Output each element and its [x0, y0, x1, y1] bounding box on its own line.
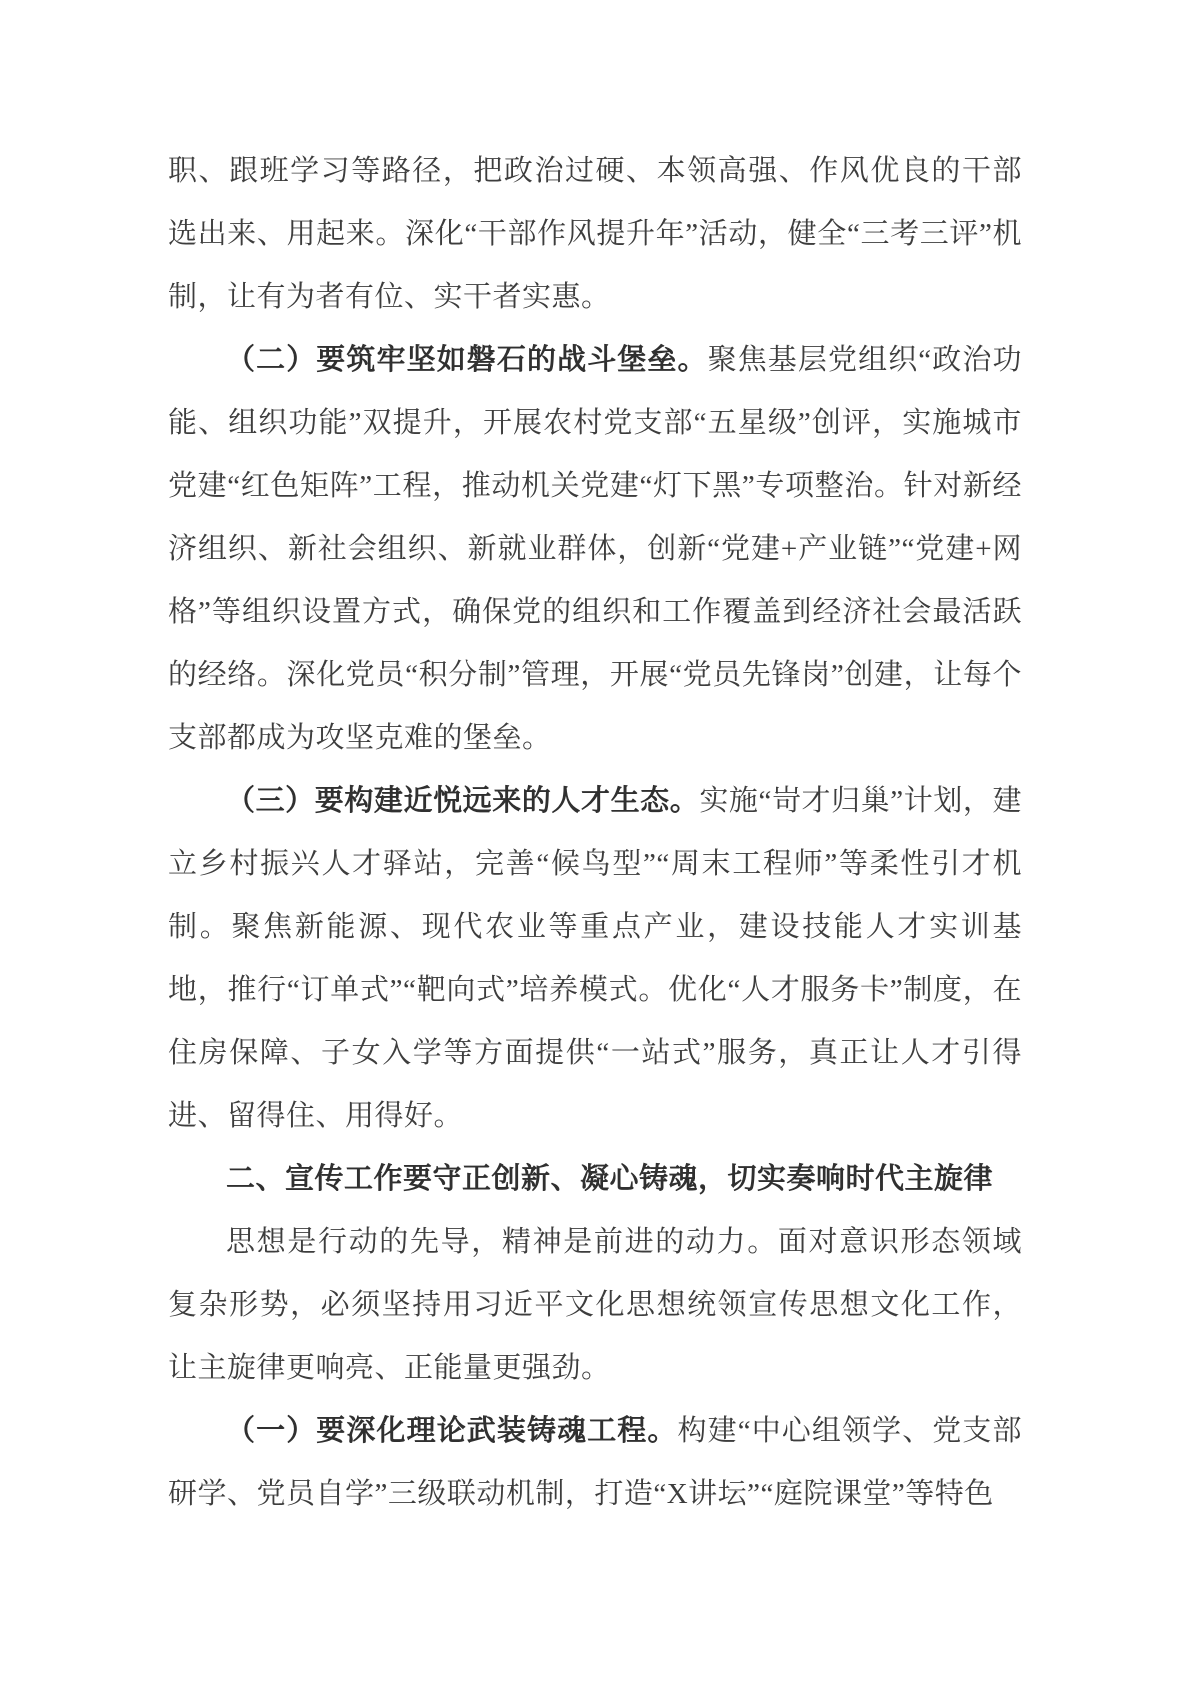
paragraph: （一）要深化理论武装铸魂工程。构建“中心组领学、党支部研学、党员自学”三级联动机…: [168, 1400, 1022, 1526]
document-body: 职、跟班学习等路径，把政治过硬、本领高强、作风优良的干部选出来、用起来。深化“干…: [168, 140, 1022, 1526]
emphasis-text: （三）要构建近悦远来的人才生态。: [226, 785, 699, 817]
body-text: 思想是行动的先导，精神是前进的动力。面对意识形态领域复杂形势，必须坚持用习近平文…: [168, 1226, 1022, 1384]
emphasis-text: 二、宣传工作要守正创新、凝心铸魂，切实奏响时代主旋律: [226, 1163, 993, 1195]
section-heading: 二、宣传工作要守正创新、凝心铸魂，切实奏响时代主旋律: [168, 1148, 1022, 1211]
body-text: 实施“岢才归巢”计划，建立乡村振兴人才驿站，完善“候鸟型”“周末工程师”等柔性引…: [168, 785, 1022, 1132]
body-text: 职、跟班学习等路径，把政治过硬、本领高强、作风优良的干部选出来、用起来。深化“干…: [168, 155, 1022, 313]
emphasis-text: （二）要筑牢坚如磐石的战斗堡垒。: [226, 344, 708, 376]
emphasis-text: （一）要深化理论武装铸魂工程。: [226, 1415, 678, 1447]
paragraph: （二）要筑牢坚如磐石的战斗堡垒。聚焦基层党组织“政治功能、组织功能”双提升，开展…: [168, 329, 1022, 770]
body-text: 聚焦基层党组织“政治功能、组织功能”双提升，开展农村党支部“五星级”创评，实施城…: [168, 344, 1022, 754]
document-page: 职、跟班学习等路径，把政治过硬、本领高强、作风优良的干部选出来、用起来。深化“干…: [0, 0, 1190, 1683]
paragraph: 职、跟班学习等路径，把政治过硬、本领高强、作风优良的干部选出来、用起来。深化“干…: [168, 140, 1022, 329]
paragraph: （三）要构建近悦远来的人才生态。实施“岢才归巢”计划，建立乡村振兴人才驿站，完善…: [168, 770, 1022, 1148]
paragraph: 思想是行动的先导，精神是前进的动力。面对意识形态领域复杂形势，必须坚持用习近平文…: [168, 1211, 1022, 1400]
